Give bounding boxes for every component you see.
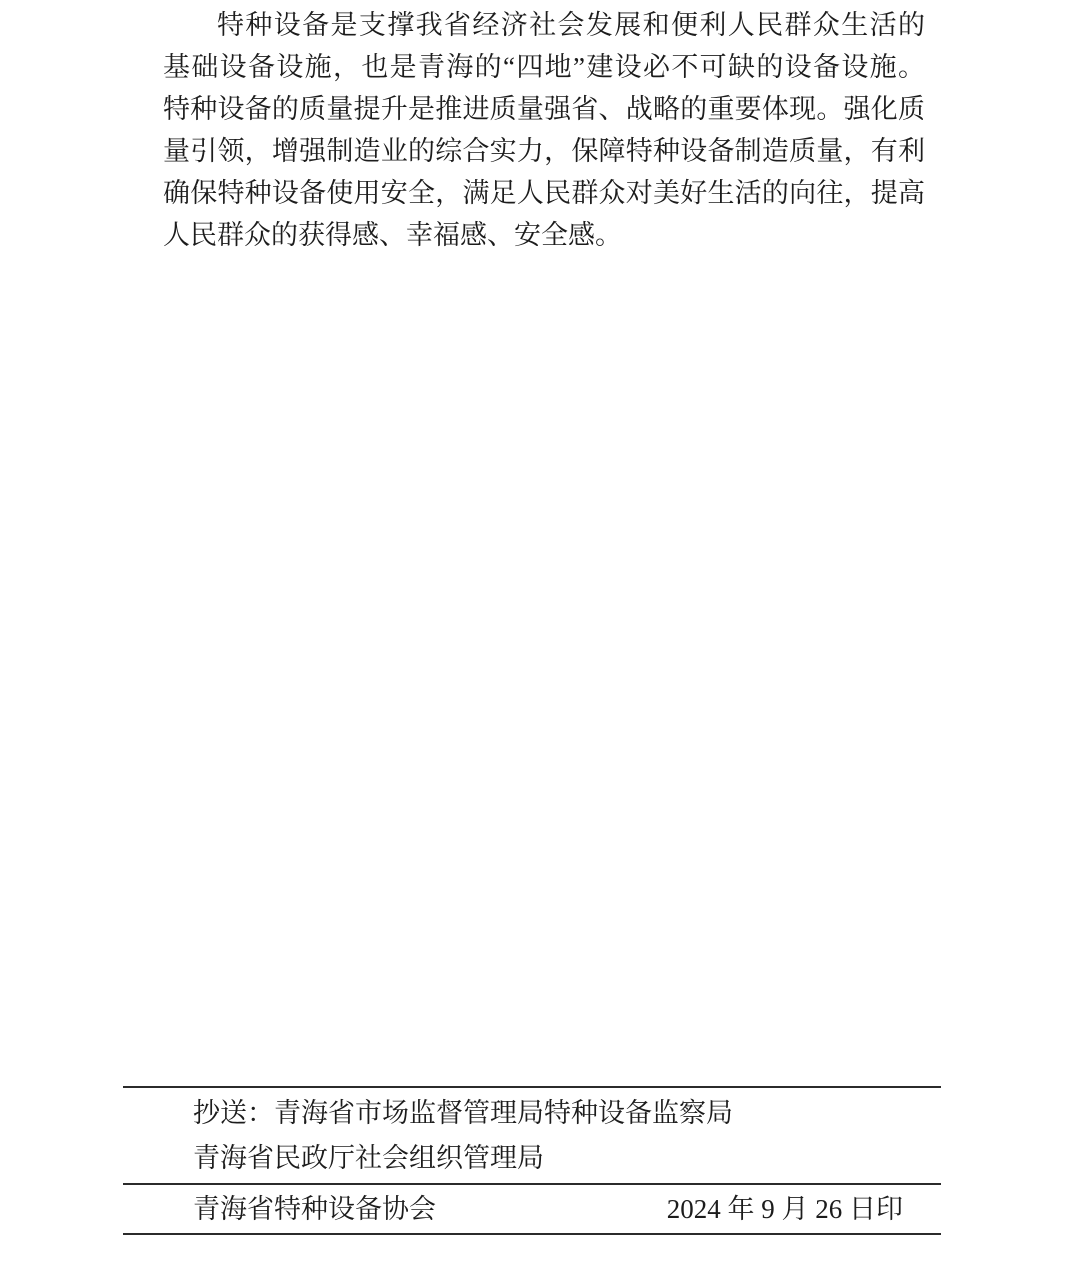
document-page: 特种设备是支撑我省经济社会发展和便利人民群众生活的 基础设备设施，也是青海的“四…	[0, 0, 1088, 1267]
cc-line-2: 青海省民政厅社会组织管理局	[193, 1136, 941, 1181]
issuer-row: 青海省特种设备协会 2024 年 9 月 26 日印	[123, 1185, 941, 1235]
body-line: 量引领，增强制造业的综合实力，保障特种设备制造质量，有利	[163, 130, 925, 172]
body-line: 确保特种设备使用安全，满足人民群众对美好生活的向往，提高	[163, 172, 925, 214]
cc-line-1: 抄送：青海省市场监督管理局特种设备监察局	[193, 1091, 941, 1136]
body-line: 基础设备设施，也是青海的“四地”建设必不可缺的设备设施。	[163, 46, 925, 88]
print-date: 2024 年 9 月 26 日印	[667, 1185, 903, 1233]
issuer-name: 青海省特种设备协会	[193, 1185, 436, 1233]
body-line: 特种设备的质量提升是推进质量强省、战略的重要体现。强化质	[163, 88, 925, 130]
body-paragraph: 特种设备是支撑我省经济社会发展和便利人民群众生活的 基础设备设施，也是青海的“四…	[163, 4, 925, 256]
body-line: 人民群众的获得感、幸福感、安全感。	[163, 214, 925, 256]
footer-block: 抄送：青海省市场监督管理局特种设备监察局 青海省民政厅社会组织管理局 青海省特种…	[123, 1086, 941, 1235]
body-line: 特种设备是支撑我省经济社会发展和便利人民群众生活的	[163, 4, 925, 46]
cc-section: 抄送：青海省市场监督管理局特种设备监察局 青海省民政厅社会组织管理局	[123, 1086, 941, 1185]
